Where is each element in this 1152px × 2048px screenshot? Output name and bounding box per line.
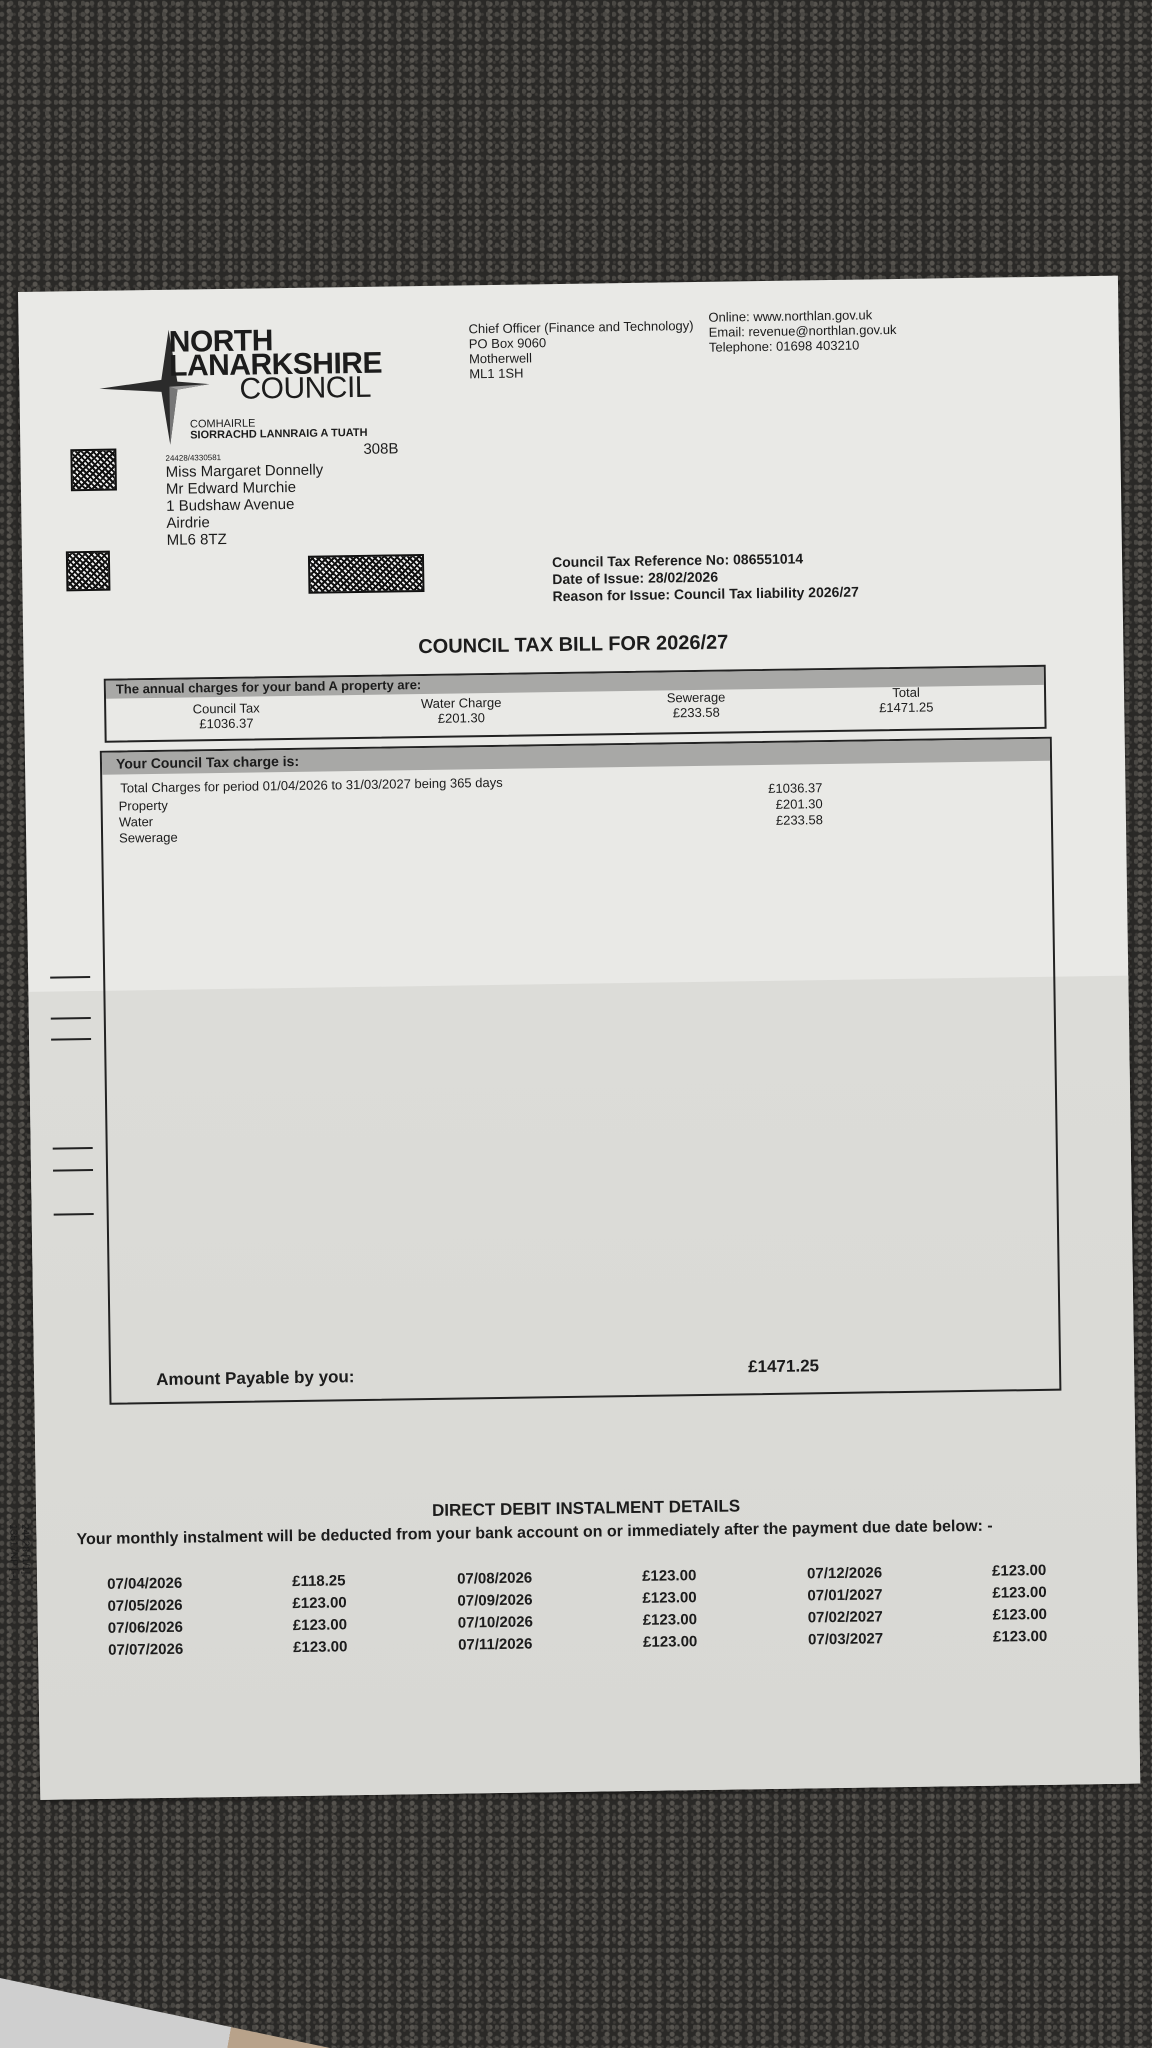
item-label-water: Water — [119, 814, 153, 831]
recipient-address: Miss Margaret Donnelly Mr Edward Murchie… — [166, 461, 325, 548]
instalment-date: 07/07/2026 — [108, 1639, 183, 1662]
instalment-amount: £123.00 — [992, 1582, 1047, 1605]
instalment-date: 07/09/2026 — [457, 1590, 532, 1613]
instalment-amount: £123.00 — [293, 1614, 348, 1637]
instalment-amount: £123.00 — [643, 1631, 698, 1654]
amount-payable-label: Amount Payable by you: — [156, 1367, 355, 1390]
countertop-edge — [0, 1978, 330, 2048]
logo-text-council: COUNCIL — [239, 375, 371, 403]
side-print-code: 24428 [1/1] 13517NP [--] — [6, 1524, 31, 1581]
instalment-amounts-col-2: £123.00 £123.00 £123.00 £123.00 — [642, 1565, 698, 1654]
instalment-date: 07/12/2026 — [807, 1562, 882, 1585]
recipient-line: Miss Margaret Donnelly — [166, 461, 324, 480]
council-logo: NORTH LANARKSHIRE COUNCIL COMHAIRLE SIOR… — [99, 326, 401, 445]
instalment-amount: £123.00 — [292, 1592, 347, 1615]
charge-value: £233.58 — [596, 704, 796, 722]
instalment-amount: £123.00 — [642, 1565, 697, 1588]
charge-total: Total £1471.25 — [806, 683, 1006, 716]
item-label-property: Property — [119, 798, 168, 815]
charge-period: Total Charges for period 01/04/2026 to 3… — [120, 775, 503, 797]
route-code: 308B — [363, 440, 398, 458]
recipient-line: ML6 8TZ — [167, 529, 325, 548]
datamatrix-barcode-icon — [66, 551, 111, 592]
instalment-dates-col-3: 07/12/2026 07/01/2027 07/02/2027 07/03/2… — [807, 1562, 883, 1651]
instalment-amounts-col-1: £118.25 £123.00 £123.00 £123.00 — [292, 1570, 348, 1659]
instalment-amount: £118.25 — [292, 1570, 347, 1593]
instalment-amount: £123.00 — [992, 1560, 1047, 1583]
council-tax-bill-document: NORTH LANARKSHIRE COUNCIL COMHAIRLE SIOR… — [18, 276, 1140, 1800]
charge-council-tax: Council Tax £1036.37 — [126, 699, 326, 732]
charge-value: £201.30 — [361, 709, 561, 727]
instalment-amount: £123.00 — [293, 1636, 348, 1659]
instalment-date: 07/06/2026 — [108, 1617, 183, 1640]
instalment-amount: £123.00 — [993, 1626, 1048, 1649]
council-address: Chief Officer (Finance and Technology) P… — [468, 318, 694, 381]
instalment-date: 07/05/2026 — [107, 1595, 182, 1618]
instalment-amounts-col-3: £123.00 £123.00 £123.00 £123.00 — [992, 1560, 1048, 1649]
annual-charges-box: The annual charges for your band A prope… — [104, 665, 1047, 743]
contact-email: Email: revenue@northlan.gov.uk — [709, 322, 897, 340]
datamatrix-barcode-icon — [70, 449, 117, 492]
instalment-date: 07/02/2027 — [808, 1606, 883, 1629]
council-tax-charge-header: Your Council Tax charge is: — [102, 739, 1050, 775]
instalment-date: 07/04/2026 — [107, 1573, 182, 1596]
instalment-amount: £123.00 — [643, 1609, 698, 1632]
item-label-sewerage: Sewerage — [119, 830, 178, 847]
instalment-amount: £123.00 — [642, 1587, 697, 1610]
charge-water: Water Charge £201.30 — [361, 694, 561, 727]
side-code-line: 13517NP [--] — [6, 1524, 19, 1581]
charge-value: £1471.25 — [806, 698, 1006, 716]
datamatrix-barcode-icon — [308, 554, 425, 594]
instalment-dates-col-1: 07/04/2026 07/05/2026 07/06/2026 07/07/2… — [107, 1573, 183, 1662]
instalment-dates-col-2: 07/08/2026 07/09/2026 07/10/2026 07/11/2… — [457, 1568, 533, 1657]
instalment-date: 07/01/2027 — [807, 1584, 882, 1607]
contact-details: Online: www.northlan.gov.uk Email: reven… — [708, 307, 896, 355]
instalment-date: 07/08/2026 — [457, 1568, 532, 1591]
reference-block: Council Tax Reference No: 086551014 Date… — [552, 550, 859, 606]
bill-title: COUNCIL TAX BILL FOR 2026/27 — [23, 626, 1123, 665]
charge-sewerage: Sewerage £233.58 — [596, 689, 796, 722]
mail-reference: 24428/4330581 — [165, 453, 221, 463]
item-value-water: £201.30 — [703, 796, 823, 814]
address-line: ML1 1SH — [469, 363, 694, 381]
instalment-date: 07/03/2027 — [808, 1628, 883, 1651]
council-tax-charge-box: Your Council Tax charge is: Total Charge… — [100, 737, 1062, 1405]
reason-for-issue: Reason for Issue: Council Tax liability … — [552, 584, 859, 606]
charge-value: £1036.37 — [126, 714, 326, 732]
amount-payable-value: £1471.25 — [748, 1356, 819, 1377]
logo-gaelic-line2: SIORRACHD LANNRAIG A TUATH — [190, 428, 368, 442]
instalment-date: 07/11/2026 — [458, 1634, 533, 1657]
item-value-sewerage: £233.58 — [703, 812, 823, 830]
contact-telephone: Telephone: 01698 403210 — [709, 337, 897, 355]
instalment-date: 07/10/2026 — [458, 1612, 533, 1635]
side-code-line: 24428 [1/1] — [18, 1524, 31, 1581]
fold-mark — [50, 976, 90, 979]
item-value-property: £1036.37 — [702, 780, 822, 798]
instalment-amount: £123.00 — [993, 1604, 1048, 1627]
